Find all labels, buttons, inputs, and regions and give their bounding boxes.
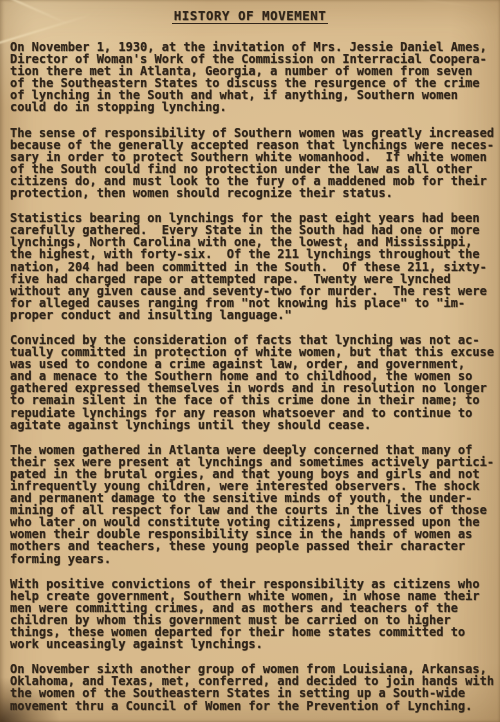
text-line: without any given cause and seventy-two … <box>10 285 498 297</box>
paragraph: Statistics bearing on lynchings for the … <box>10 212 498 321</box>
text-line: repudiate lynchings for any reason whats… <box>10 407 498 419</box>
text-line: mothers and teachers, these young people… <box>10 540 498 552</box>
paragraph: On November 1, 1930, at the invitation o… <box>10 41 498 114</box>
page-title: HISTORY OF MOVEMENT <box>0 0 500 24</box>
text-line: nation, 204 had been committed in the So… <box>10 261 498 273</box>
paragraph: The sense of responsibility of Southern … <box>10 127 498 200</box>
text-line: work unceasingly against lynchings. <box>10 638 498 650</box>
paragraph: Convinced by the consideration of facts … <box>10 334 498 431</box>
text-line: five had charged rape or attempted rape.… <box>10 273 498 285</box>
text-line: agitate against lynchings until they sho… <box>10 419 498 431</box>
text-line: movement thru a Council of Women for the… <box>10 700 498 712</box>
text-line: because of the generally accepted reason… <box>10 139 498 151</box>
text-line: the women of the Southeastern States in … <box>10 687 498 699</box>
text-line: The sense of responsibility of Southern … <box>10 127 498 139</box>
document-page: HISTORY OF MOVEMENT On November 1, 1930,… <box>0 0 500 722</box>
page-title-text: HISTORY OF MOVEMENT <box>172 9 329 24</box>
text-line: protection, then women should recognize … <box>10 187 498 199</box>
paragraph: The women gathered in Atlanta were deepl… <box>10 444 498 565</box>
text-line: to remain silent in the face of this cri… <box>10 394 498 406</box>
paragraph: On November sixth another group of women… <box>10 663 498 711</box>
text-line: proper conduct and insulting language." <box>10 309 498 321</box>
text-line: With positive convictions of their respo… <box>10 578 498 590</box>
text-line: forming years. <box>10 553 498 565</box>
paragraph: With positive convictions of their respo… <box>10 578 498 651</box>
document-body: On November 1, 1930, at the invitation o… <box>0 41 500 712</box>
text-line: The women gathered in Atlanta were deepl… <box>10 444 498 456</box>
text-line: the highest, with forty-six. Of the 211 … <box>10 248 498 260</box>
text-line: could do in stopping lynching. <box>10 101 498 113</box>
